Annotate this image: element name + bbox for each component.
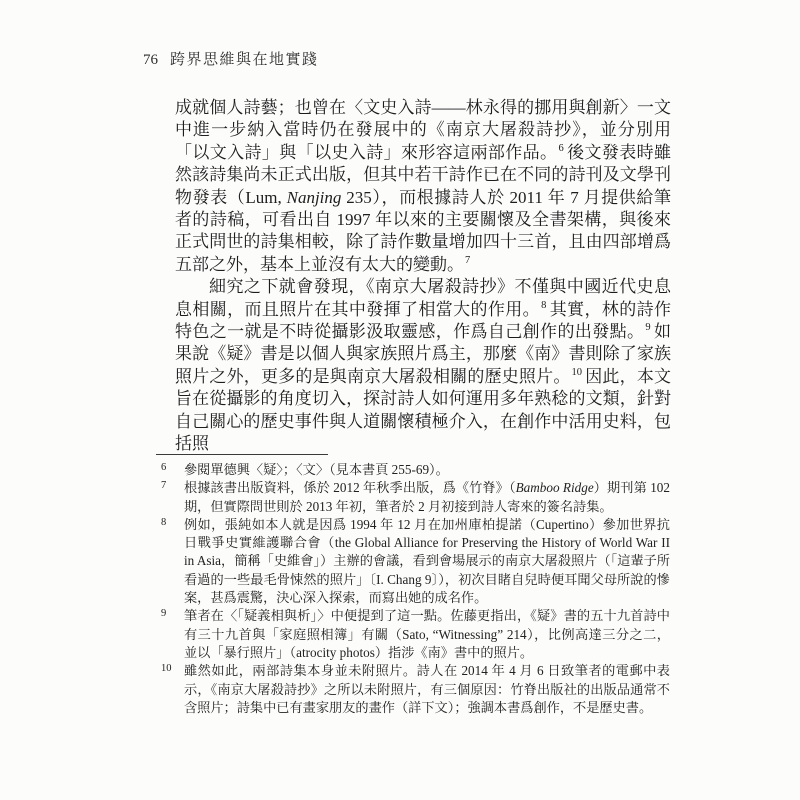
footnote-number: 6 <box>158 459 184 477</box>
footnote-6: 6 參閱單德興〈疑〉；〈文〉（見本書頁 255-69）。 <box>158 461 670 479</box>
paragraph-2: 細究之下就會發現，《南京大屠殺詩抄》不僅與中國近代史息息相關，而且照片在其中發揮… <box>175 276 671 455</box>
footnote-text: 雖然如此，兩部詩集本身並未附照片。詩人在 2014 年 4 月 6 日致筆者的電… <box>184 662 670 717</box>
page-number: 76 <box>143 52 158 68</box>
footnote-8: 8 例如，張純如本人就是因爲 1994 年 12 月在加州庫柏提諾（Cupert… <box>158 516 670 607</box>
footnote-9: 9 筆者在〈「疑義相與析」〉中便提到了這一點。佐藤更指出，《疑》書的五十九首詩中… <box>158 607 670 662</box>
running-title: 跨界思維與在地實踐 <box>170 52 319 68</box>
footnote-7: 7 根據該書出版資料，係於 2012 年秋季出版，爲《竹脊》（Bamboo Ri… <box>158 479 670 516</box>
footnote-number: 10 <box>158 660 184 715</box>
footnote-text: 筆者在〈「疑義相與析」〉中便提到了這一點。佐藤更指出，《疑》書的五十九首詩中有三… <box>184 607 670 662</box>
paragraph-1: 成就個人詩藝；也曾在〈文史入詩——林永得的挪用與創新〉一文中進一步納入當時仍在發… <box>175 97 671 276</box>
footnote-text: 根據該書出版資料，係於 2012 年秋季出版，爲《竹脊》（Bamboo Ridg… <box>184 479 670 516</box>
running-head: 76跨界思維與在地實踐 <box>143 48 319 69</box>
footnote-number: 7 <box>158 477 184 514</box>
body-text: 成就個人詩藝；也曾在〈文史入詩——林永得的挪用與創新〉一文中進一步納入當時仍在發… <box>175 97 671 456</box>
footnote-separator <box>156 454 328 455</box>
footnote-text: 例如，張純如本人就是因爲 1994 年 12 月在加州庫柏提諾（Cupertin… <box>184 516 670 607</box>
footnote-number: 9 <box>158 605 184 660</box>
footnotes-section: 6 參閱單德興〈疑〉；〈文〉（見本書頁 255-69）。 7 根據該書出版資料，… <box>158 461 670 717</box>
book-page: 76跨界思維與在地實踐 成就個人詩藝；也曾在〈文史入詩——林永得的挪用與創新〉一… <box>0 0 800 800</box>
footnote-number: 8 <box>158 514 184 605</box>
footnote-text: 參閱單德興〈疑〉；〈文〉（見本書頁 255-69）。 <box>184 461 670 479</box>
footnote-10: 10 雖然如此，兩部詩集本身並未附照片。詩人在 2014 年 4 月 6 日致筆… <box>158 662 670 717</box>
